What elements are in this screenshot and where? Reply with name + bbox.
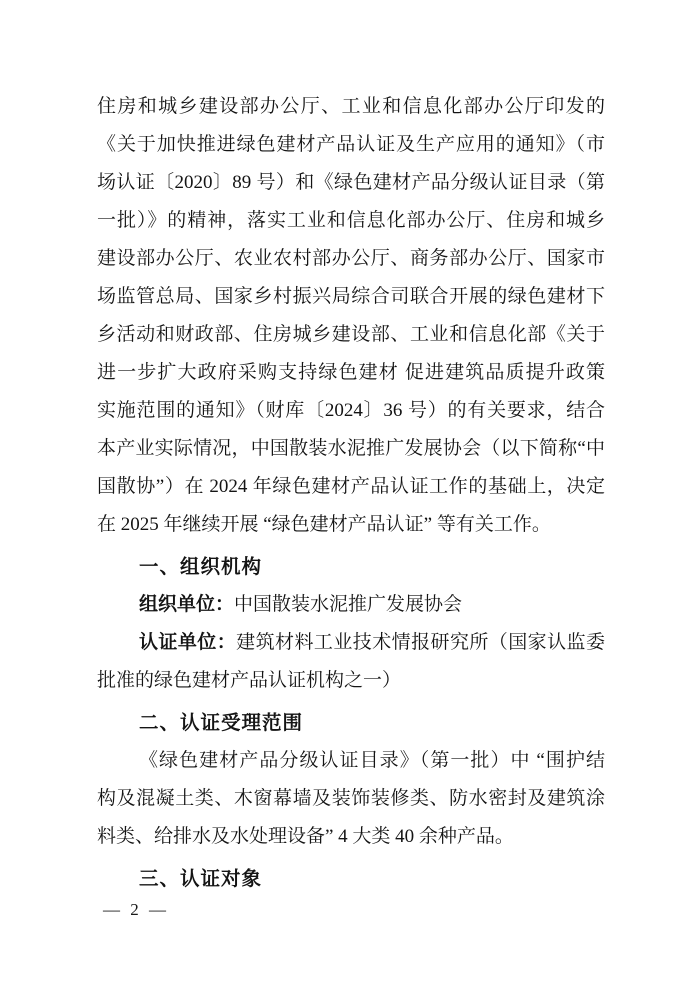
document-line: 《关于加快推进绿色建材产品认证及生产应用的通知》（市 — [97, 126, 605, 164]
section-heading: 三、认证对象 — [97, 860, 605, 898]
document-line: 国散协”）在 2024 年绿色建材产品认证工作的基础上，决定 — [97, 468, 605, 506]
document-page: 住房和城乡建设部办公厅、工业和信息化部办公厅印发的《关于加快推进绿色建材产品认证… — [0, 0, 700, 990]
document-line: 组织单位：中国散装水泥推广发展协会 — [97, 586, 605, 624]
document-line: 料类、给排水及水处理设备” 4 大类 40 余种产品。 — [97, 818, 605, 856]
field-label: 组织单位： — [139, 594, 234, 615]
document-line: 在 2025 年继续开展 “绿色建材产品认证” 等有关工作。 — [97, 506, 605, 544]
field-value: 建筑材料工业技术情报研究所（国家认监委 — [236, 632, 605, 653]
document-body: 住房和城乡建设部办公厅、工业和信息化部办公厅印发的《关于加快推进绿色建材产品认证… — [97, 88, 605, 898]
field-value: 中国散装水泥推广发展协会 — [234, 594, 462, 615]
document-line: 本产业实际情况，中国散装水泥推广发展协会（以下简称“中 — [97, 430, 605, 468]
document-line: 建设部办公厅、农业农村部办公厅、商务部办公厅、国家市 — [97, 240, 605, 278]
document-line: 实施范围的通知》（财库〔2024〕36 号）的有关要求，结合 — [97, 392, 605, 430]
document-line: 乡活动和财政部、住房城乡建设部、工业和信息化部《关于 — [97, 316, 605, 354]
document-line: 批准的绿色建材产品认证机构之一） — [97, 662, 605, 700]
document-line: 住房和城乡建设部办公厅、工业和信息化部办公厅印发的 — [97, 88, 605, 126]
field-label: 认证单位： — [139, 632, 236, 653]
document-line: 认证单位：建筑材料工业技术情报研究所（国家认监委 — [97, 624, 605, 662]
document-line: 场监管总局、国家乡村振兴局综合司联合开展的绿色建材下 — [97, 278, 605, 316]
document-line: 一批）》的精神，落实工业和信息化部办公厅、住房和城乡 — [97, 202, 605, 240]
document-line: 进一步扩大政府采购支持绿色建材 促进建筑品质提升政策 — [97, 354, 605, 392]
section-heading: 二、认证受理范围 — [97, 704, 605, 742]
document-line: 场认证〔2020〕89 号）和《绿色建材产品分级认证目录（第 — [97, 164, 605, 202]
document-line: 《绿色建材产品分级认证目录》（第一批）中 “围护结 — [97, 742, 605, 780]
document-line: 构及混凝土类、木窗幕墙及装饰装修类、防水密封及建筑涂 — [97, 780, 605, 818]
section-heading: 一、组织机构 — [97, 548, 605, 586]
page-number: — 2 — — [103, 896, 169, 924]
